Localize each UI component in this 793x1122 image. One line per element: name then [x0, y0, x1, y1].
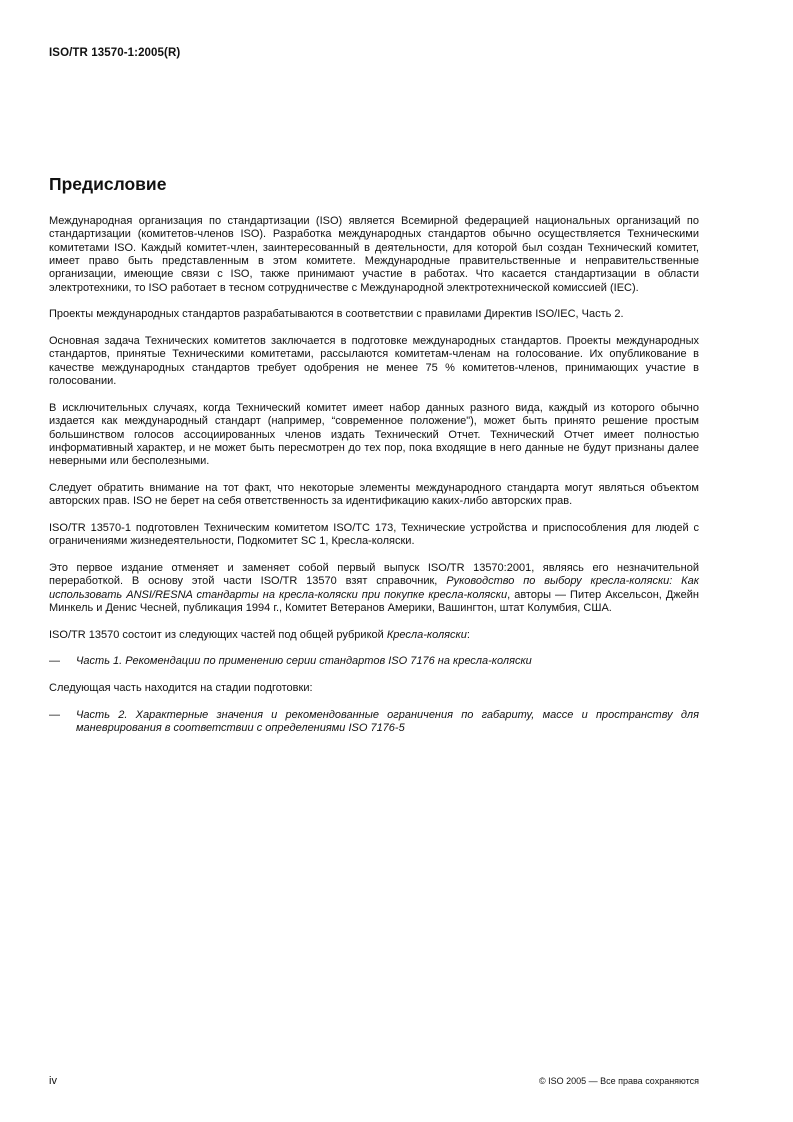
part-2-title: Часть 2. Характерные значения и рекоменд…	[76, 709, 699, 736]
page-number: iv	[49, 1075, 57, 1087]
document-id-header: ISO/TR 13570-1:2005(R)	[49, 47, 180, 59]
copyright-notice: © ISO 2005 — Все права сохраняются	[539, 1076, 699, 1086]
list-item-part-1: — Часть 1. Рекомендации по применению се…	[49, 655, 699, 668]
foreword-body: Международная организация по стандартиза…	[49, 215, 699, 749]
paragraph-edition: Это первое издание отменяет и заменяет с…	[49, 562, 699, 615]
dash-bullet: —	[49, 655, 76, 668]
paragraph-committee-task: Основная задача Технических комитетов за…	[49, 335, 699, 388]
paragraph-technical-report: В исключительных случаях, когда Техничес…	[49, 402, 699, 469]
part-1-title: Часть 1. Рекомендации по применению сери…	[76, 655, 699, 668]
paragraph-prepared-by: ISO/TR 13570-1 подготовлен Техническим к…	[49, 522, 699, 549]
paragraph-in-preparation: Следующая часть находится на стадии подг…	[49, 682, 699, 695]
list-item-part-2: — Часть 2. Характерные значения и рекоме…	[49, 709, 699, 736]
parts-rubric: Кресла-коляски	[387, 629, 467, 641]
parts-intro-colon: :	[467, 629, 470, 641]
dash-bullet: —	[49, 709, 76, 736]
paragraph-parts-intro: ISO/TR 13570 состоит из следующих частей…	[49, 629, 699, 642]
parts-intro-text: ISO/TR 13570 состоит из следующих частей…	[49, 629, 387, 641]
paragraph-patent-rights: Следует обратить внимание на тот факт, ч…	[49, 482, 699, 509]
section-title: Предисловие	[49, 174, 166, 195]
paragraph-directives: Проекты международных стандартов разраба…	[49, 308, 699, 321]
paragraph-iso-intro: Международная организация по стандартиза…	[49, 215, 699, 295]
